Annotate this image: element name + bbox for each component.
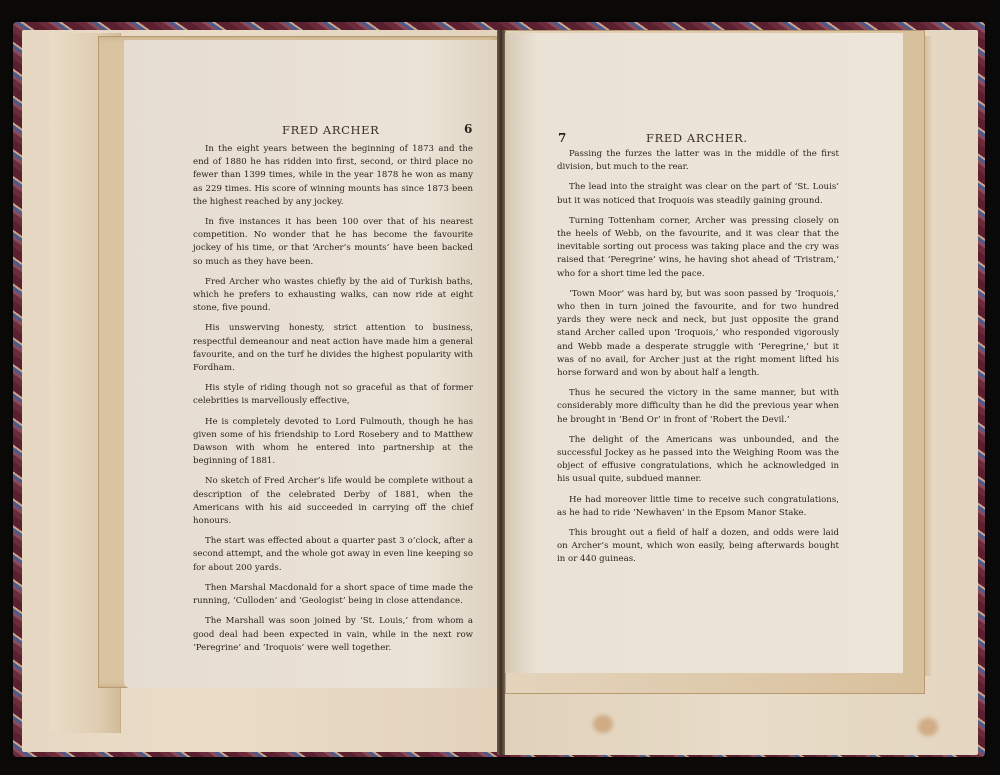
left-running-head: FRED ARCHER <box>282 123 379 137</box>
paragraph: His unswerving honesty, strict attention… <box>193 322 473 375</box>
paragraph: No sketch of Fred Archer’s life would be… <box>193 475 473 528</box>
right-running-head: FRED ARCHER. <box>646 131 748 145</box>
left-page-text: In the eight years between the beginning… <box>193 143 473 662</box>
foxing-stain <box>918 718 938 736</box>
paragraph: His style of riding though not so gracef… <box>193 382 473 408</box>
left-page-number: 6 <box>464 122 472 136</box>
paragraph: The start was effected about a quarter p… <box>193 535 473 575</box>
paragraph: In the eight years between the beginning… <box>193 143 473 209</box>
paragraph: Then Marshal Macdonald for a short space… <box>193 582 473 608</box>
paragraph: He is completely devoted to Lord Fulmout… <box>193 416 473 469</box>
right-page-text: Passing the furzes the latter was in the… <box>557 148 839 574</box>
paragraph: The lead into the straight was clear on … <box>557 181 839 207</box>
paragraph: The Marshall was soon joined by ‘St. Lou… <box>193 615 473 655</box>
paragraph: This brought out a field of half a dozen… <box>557 527 839 567</box>
paragraph: Fred Archer who wastes chiefly by the ai… <box>193 276 473 316</box>
paragraph: ‘Town Moor’ was hard by, but was soon pa… <box>557 288 839 380</box>
paragraph: Turning Tottenham corner, Archer was pre… <box>557 215 839 281</box>
foxing-stain <box>593 715 613 733</box>
paragraph: He had moreover little time to receive s… <box>557 494 839 520</box>
right-page-number: 7 <box>558 131 566 145</box>
paragraph: The delight of the Americans was unbound… <box>557 434 839 487</box>
paragraph: Thus he secured the victory in the same … <box>557 387 839 427</box>
paragraph: Passing the furzes the latter was in the… <box>557 148 839 174</box>
book-gutter <box>497 30 505 755</box>
paragraph: In five instances it has been 100 over t… <box>193 216 473 269</box>
